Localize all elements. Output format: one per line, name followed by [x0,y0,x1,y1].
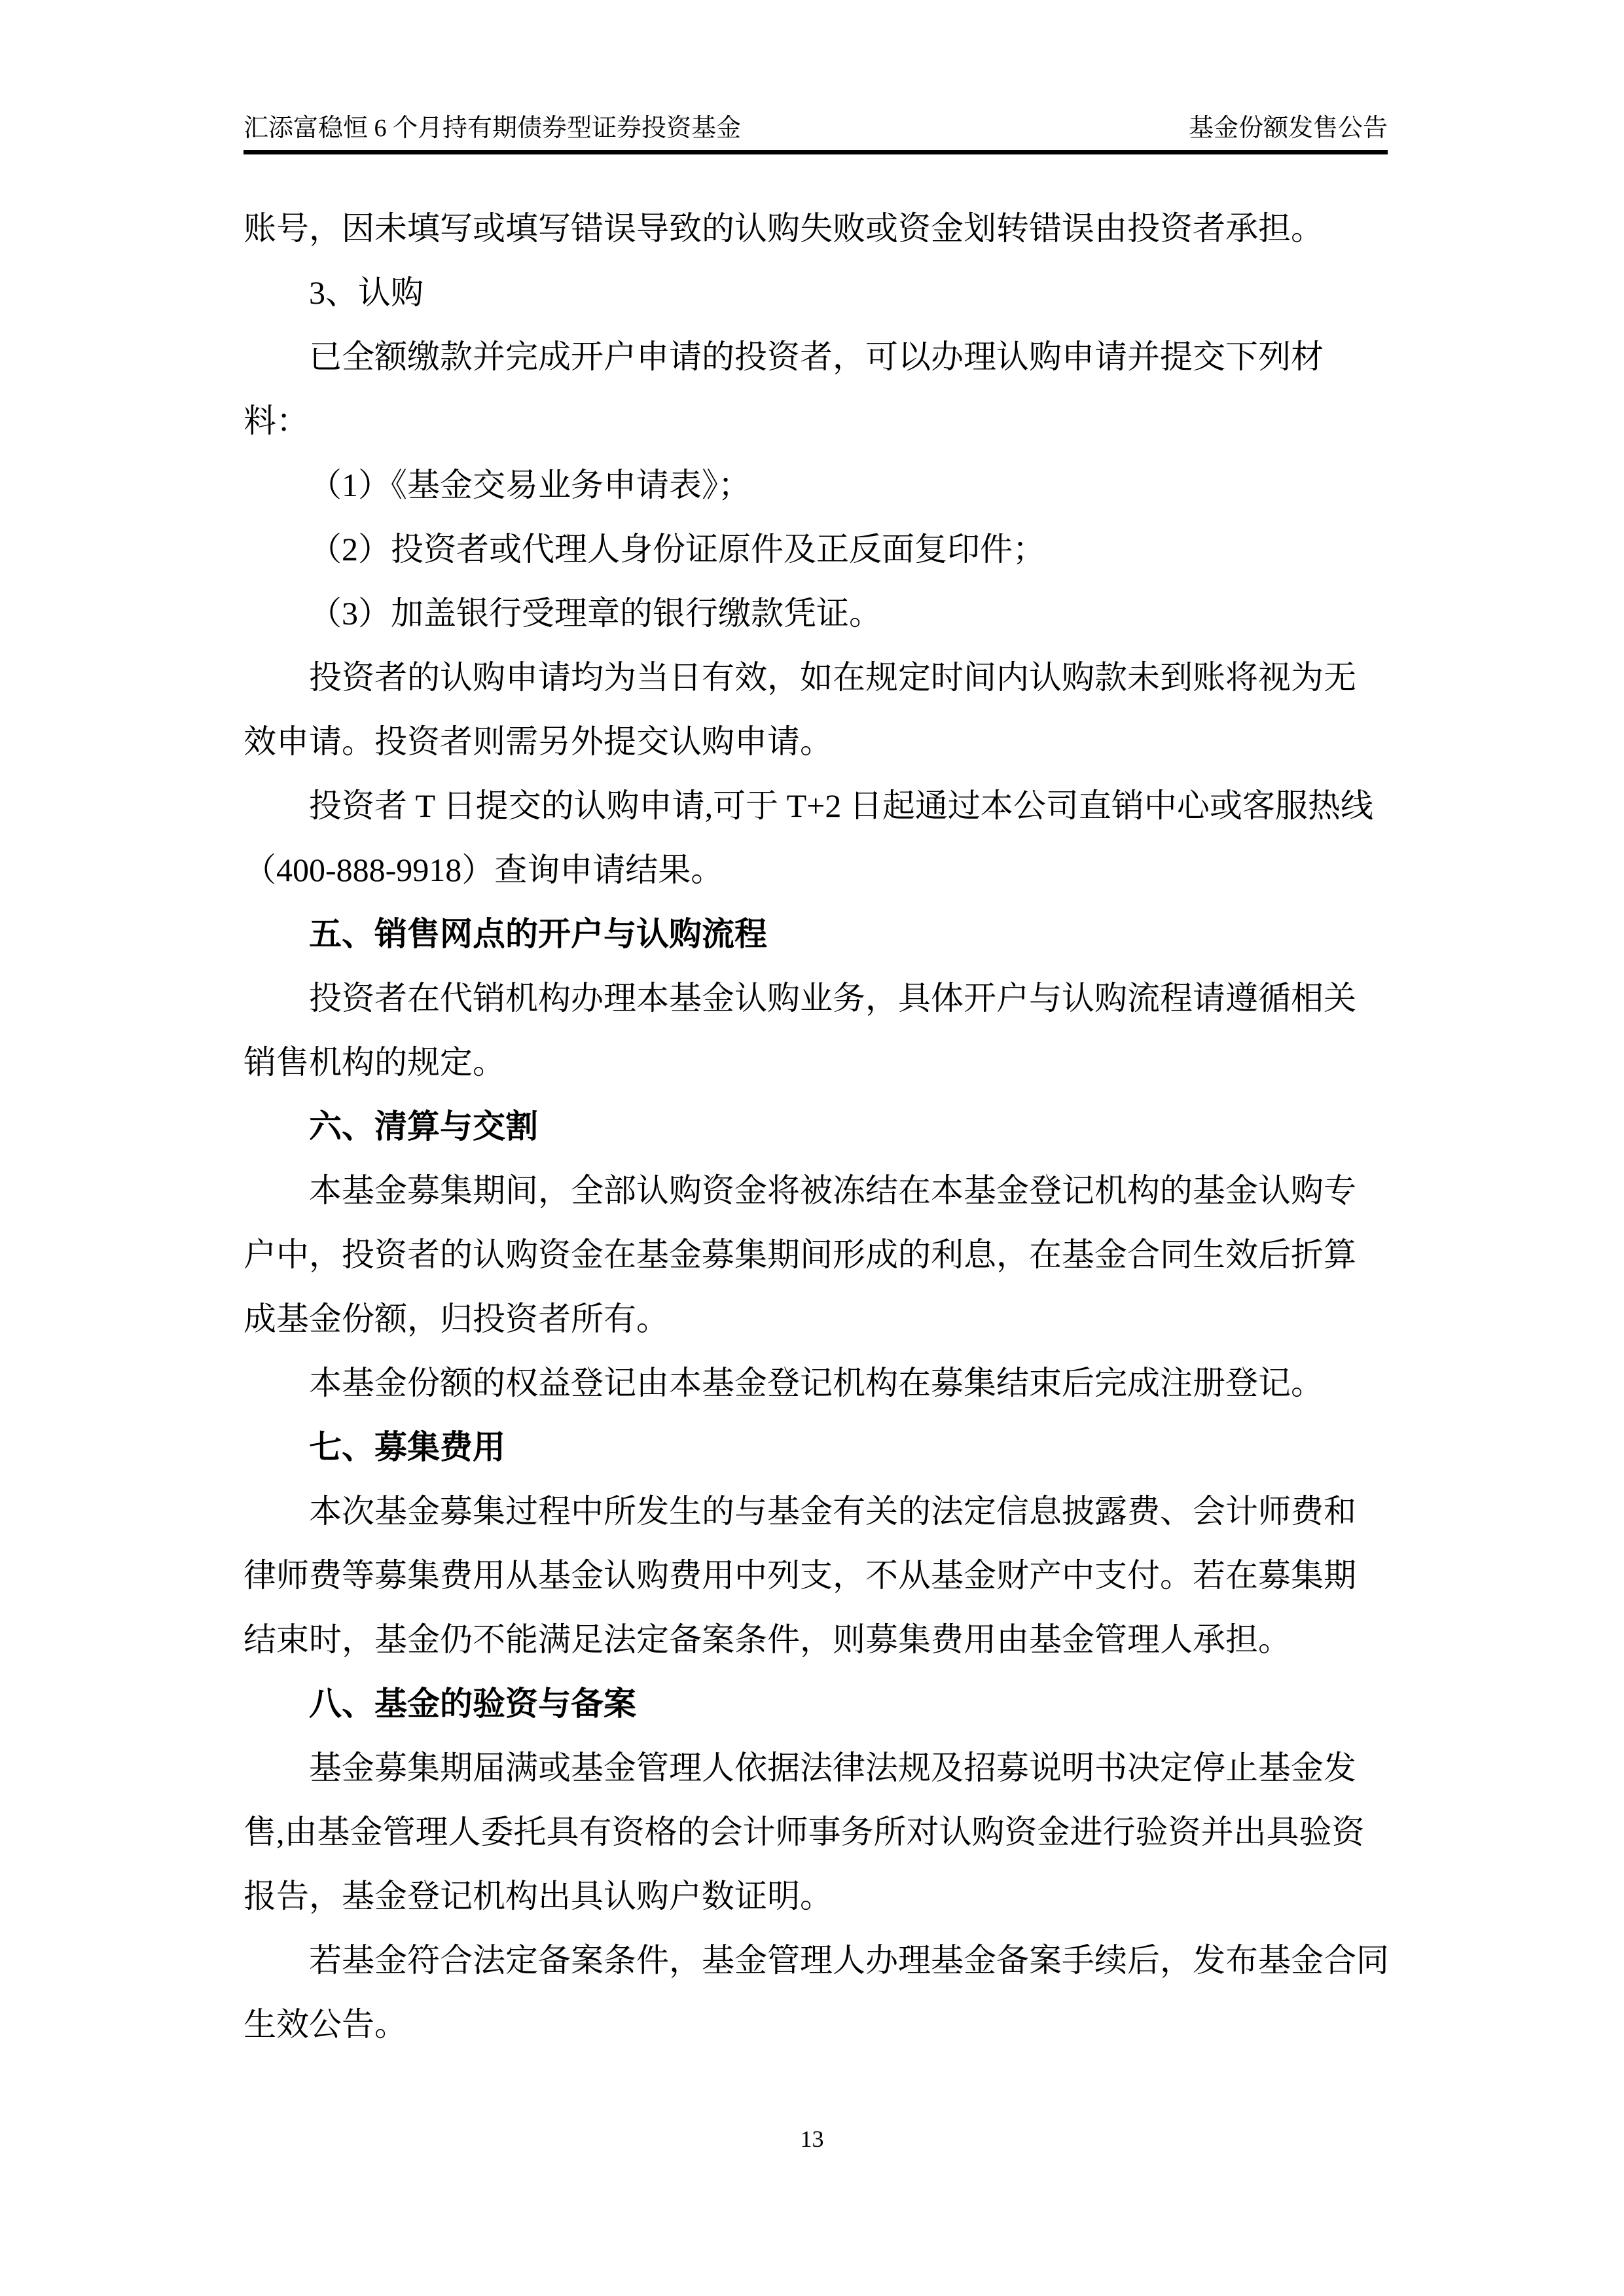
header-left-title: 汇添富稳恒 6 个月持有期债券型证券投资基金 [244,113,741,143]
page-header: 汇添富稳恒 6 个月持有期债券型证券投资基金 基金份额发售公告 [244,113,1388,143]
text-line: 本次基金募集过程中所发生的与基金有关的法定信息披露费、会计师费和 [244,1479,1388,1543]
text-line: （1）《基金交易业务申请表》； [244,453,1388,517]
page-footer: 13 [0,2125,1624,2153]
text-line: 投资者在代销机构办理本基金认购业务，具体开户与认购流程请遵循相关 [244,966,1388,1030]
text-line: 账号，因未填写或填写错误导致的认购失败或资金划转错误由投资者承担。 [244,196,1388,260]
text-line: 料： [244,389,1388,453]
text-line: 本基金募集期间，全部认购资金将被冻结在本基金登记机构的基金认购专 [244,1158,1388,1223]
text-line: 基金募集期届满或基金管理人依据法律法规及招募说明书决定停止基金发 [244,1736,1388,1800]
text-line: 报告，基金登记机构出具认购户数证明。 [244,1864,1388,1928]
text-line: 成基金份额，归投资者所有。 [244,1287,1388,1351]
text-line: 律师费等募集费用从基金认购费用中列支，不从基金财产中支付。若在募集期 [244,1543,1388,1607]
text-line: 生效公告。 [244,1992,1388,2056]
document-page: 汇添富稳恒 6 个月持有期债券型证券投资基金 基金份额发售公告 账号，因未填写或… [0,0,1624,2296]
header-right-title: 基金份额发售公告 [1189,113,1388,143]
text-line: 户中，投资者的认购资金在基金募集期间形成的利息，在基金合同生效后折算 [244,1223,1388,1287]
section-heading: 五、销售网点的开户与认购流程 [244,902,1388,966]
text-line: 效申请。投资者则需另外提交认购申请。 [244,709,1388,774]
header-divider [244,150,1388,154]
text-line: 投资者的认购申请均为当日有效，如在规定时间内认购款未到账将视为无 [244,645,1388,709]
document-body: 账号，因未填写或填写错误导致的认购失败或资金划转错误由投资者承担。3、认购已全额… [244,196,1388,2056]
section-heading: 七、募集费用 [244,1415,1388,1479]
page-number: 13 [801,2126,824,2152]
text-line: 已全额缴款并完成开户申请的投资者，可以办理认购申请并提交下列材 [244,325,1388,389]
section-heading: 八、基金的验资与备案 [244,1672,1388,1736]
text-line: 结束时，基金仍不能满足法定备案条件，则募集费用由基金管理人承担。 [244,1607,1388,1672]
text-line: 投资者 T 日提交的认购申请,可于 T+2 日起通过本公司直销中心或客服热线 [244,774,1388,838]
text-line: （400-888-9918）查询申请结果。 [244,838,1388,902]
text-line: （3）加盖银行受理章的银行缴款凭证。 [244,581,1388,645]
text-line: 若基金符合法定备案条件，基金管理人办理基金备案手续后，发布基金合同 [244,1928,1388,1992]
text-line: （2）投资者或代理人身份证原件及正反面复印件； [244,517,1388,581]
text-line: 3、认购 [244,260,1388,325]
text-line: 销售机构的规定。 [244,1030,1388,1094]
text-line: 售,由基金管理人委托具有资格的会计师事务所对认购资金进行验资并出具验资 [244,1800,1388,1864]
text-line: 本基金份额的权益登记由本基金登记机构在募集结束后完成注册登记。 [244,1351,1388,1415]
section-heading: 六、清算与交割 [244,1094,1388,1158]
